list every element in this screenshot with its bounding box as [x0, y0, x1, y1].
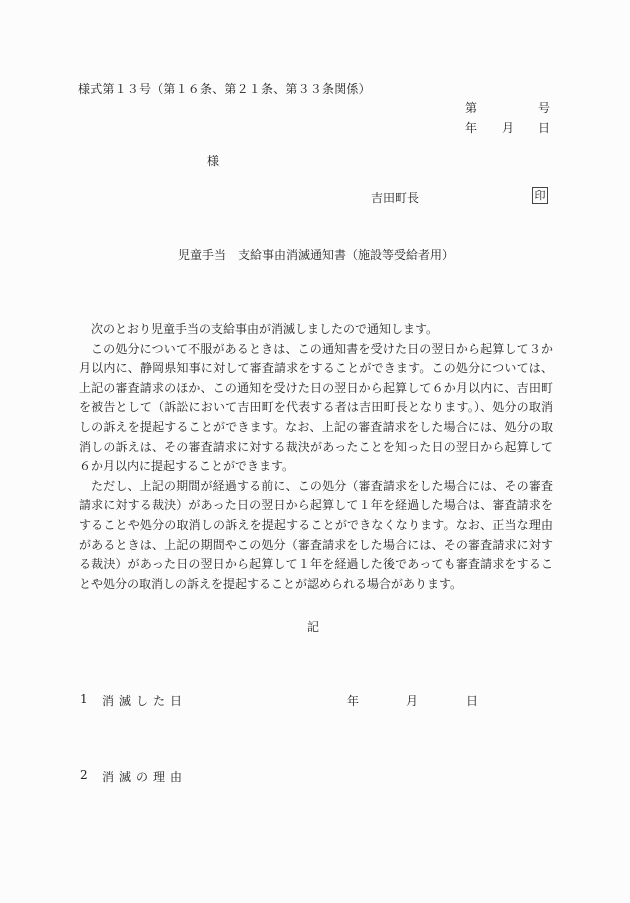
item-month: 月 [406, 692, 418, 709]
issuer: 吉田町長 [371, 189, 419, 206]
item-day: 日 [466, 692, 478, 709]
document-title-part1: 児童手当 [178, 248, 226, 262]
paragraph-notice: 次のとおり児童手当の支給事由が消滅しましたので通知します。 [79, 320, 553, 340]
form-number: 様式第１３号（第１６条、第２１条、第３３条関係） [78, 80, 371, 97]
document-title-part2: 支給事由消滅通知書（施設等受給者用） [238, 248, 454, 262]
item-year: 年 [347, 692, 359, 709]
ki-heading: 記 [307, 618, 319, 635]
document-number-prefix: 第 [465, 99, 477, 116]
item-number: 1 [80, 692, 88, 706]
issue-date-month: 月 [502, 119, 514, 136]
issue-date-year: 年 [465, 119, 477, 136]
body-text: 次のとおり児童手当の支給事由が消滅しましたので通知します。 この処分について不服… [79, 320, 553, 594]
issue-date-day: 日 [538, 119, 550, 136]
addressee-suffix: 様 [207, 152, 219, 169]
item-label: 消滅の理由 [102, 768, 187, 785]
document-number-suffix: 号 [538, 99, 550, 116]
seal-stamp-icon: 印 [532, 187, 548, 204]
item-label: 消滅した日 [102, 692, 187, 709]
document-title: 児童手当支給事由消滅通知書（施設等受給者用） [178, 246, 454, 263]
item-number: 2 [80, 768, 88, 782]
paragraph-deadline: ただし、上記の期間が経過する前に、この処分（審査請求をした場合には、その審査請求… [79, 477, 553, 595]
paragraph-appeal: この処分について不服があるときは、この通知書を受けた日の翌日から起算して３か月以… [79, 340, 553, 477]
